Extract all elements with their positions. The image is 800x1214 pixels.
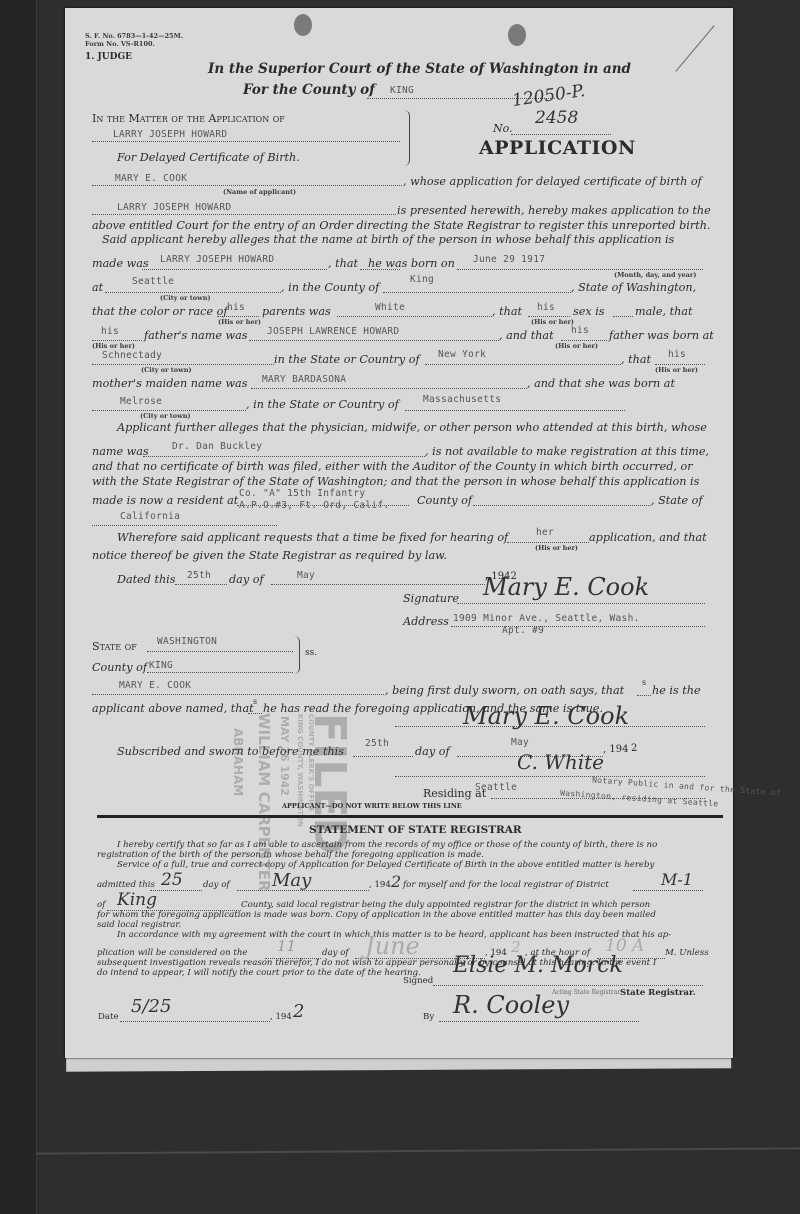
sworn-month: May <box>511 737 529 748</box>
name-at-birth: LARRY JOSEPH HOWARD <box>160 254 274 265</box>
father-city: Schnectady <box>102 350 162 361</box>
binder-edge <box>0 0 37 1214</box>
resident-line-1: Co. "A" 15th Infantry <box>239 488 365 499</box>
applicant-name: MARY E. COOK <box>115 173 187 184</box>
clerk-stamp-line-1: COUNTY CLERK'S OFFICE <box>307 714 315 812</box>
residing-city: Seattle <box>475 782 517 793</box>
court-county: KING <box>390 85 414 96</box>
court-line-1: In the Superior Court of the State of Wa… <box>208 61 631 77</box>
case-number: 2458 <box>535 108 578 128</box>
dated-day: 25th <box>187 570 211 581</box>
mother-city: Melrose <box>120 396 162 407</box>
notary-signature: C. White <box>517 750 604 774</box>
sex: male, that <box>635 305 692 318</box>
punch-hole-icon <box>508 24 526 46</box>
matter-brace <box>403 110 410 166</box>
registrar-date: 5/25 <box>131 996 171 1017</box>
clerk-stamp-date: MAY 26 1942 <box>278 716 291 796</box>
divider-line <box>97 815 723 818</box>
punch-hole-icon <box>294 14 312 36</box>
clerk-stamp-line-2: KING COUNTY, WASHINGTON <box>296 714 304 827</box>
address-line-2: Apt. #9 <box>502 625 544 636</box>
handwritten-case-number: 12050-P. <box>511 81 586 111</box>
sf-number: S. F. No. 6783—1-42—25M. <box>85 32 183 40</box>
applicant-signature: Mary E. Cook <box>483 573 649 601</box>
copy-label: 1. JUDGE <box>85 52 132 62</box>
matter-name: LARRY JOSEPH HOWARD <box>113 129 227 140</box>
mother-state: Massachusetts <box>423 394 501 405</box>
delayed-label: For Delayed Certificate of Birth. <box>117 151 300 164</box>
admitted-day: 25 <box>161 870 183 890</box>
hearing-month: June <box>365 932 420 960</box>
affiant-name: MARY E. COOK <box>119 680 191 691</box>
of-county: King <box>117 890 157 910</box>
page-title: APPLICATION <box>479 137 636 159</box>
registrar-signature: Elsie M. Morck <box>453 953 623 978</box>
court-line-2-label: For the County of <box>243 82 375 98</box>
hearing-day: 11 <box>277 937 296 955</box>
affidavit-state: WASHINGTON <box>157 636 217 647</box>
matter-label: In the Matter of the Application of <box>92 112 285 125</box>
birth-city: Seattle <box>132 276 174 287</box>
affidavit-county: KING <box>149 660 173 671</box>
registrar-title: STATEMENT OF STATE REGISTRAR <box>309 824 522 836</box>
no-label: No. <box>493 122 513 135</box>
resident-state: California <box>120 511 180 522</box>
binder-fold <box>36 1147 800 1154</box>
sworn-day: 25th <box>365 738 389 749</box>
birth-date: June 29 1917 <box>473 254 545 265</box>
physician-name: Dr. Dan Buckley <box>172 441 262 452</box>
document-page: S. F. No. 6783—1-42—25M. Form No. VS-R10… <box>65 8 733 1058</box>
birth-county: King <box>410 274 434 285</box>
by-signature: R. Cooley <box>453 991 569 1019</box>
mother-name: MARY BARDASONA <box>262 374 346 385</box>
subject-name: LARRY JOSEPH HOWARD <box>117 202 231 213</box>
form-number: Form No. VS-R100. <box>85 40 155 48</box>
address-line-1: 1909 Minor Ave., Seattle, Wash. <box>453 613 640 624</box>
race: White <box>375 302 405 313</box>
resident-line-2: A.P.O.#3, Ft. Ord, Calif. <box>239 500 390 511</box>
father-name: JOSEPH LAWRENCE HOWARD <box>267 326 399 337</box>
father-state: New York <box>438 349 486 360</box>
dated-month: May <box>297 570 315 581</box>
admitted-month: May <box>272 870 311 891</box>
district: M-1 <box>661 870 693 889</box>
clerk-stamp-deputy: ABRAHAM <box>231 728 245 796</box>
